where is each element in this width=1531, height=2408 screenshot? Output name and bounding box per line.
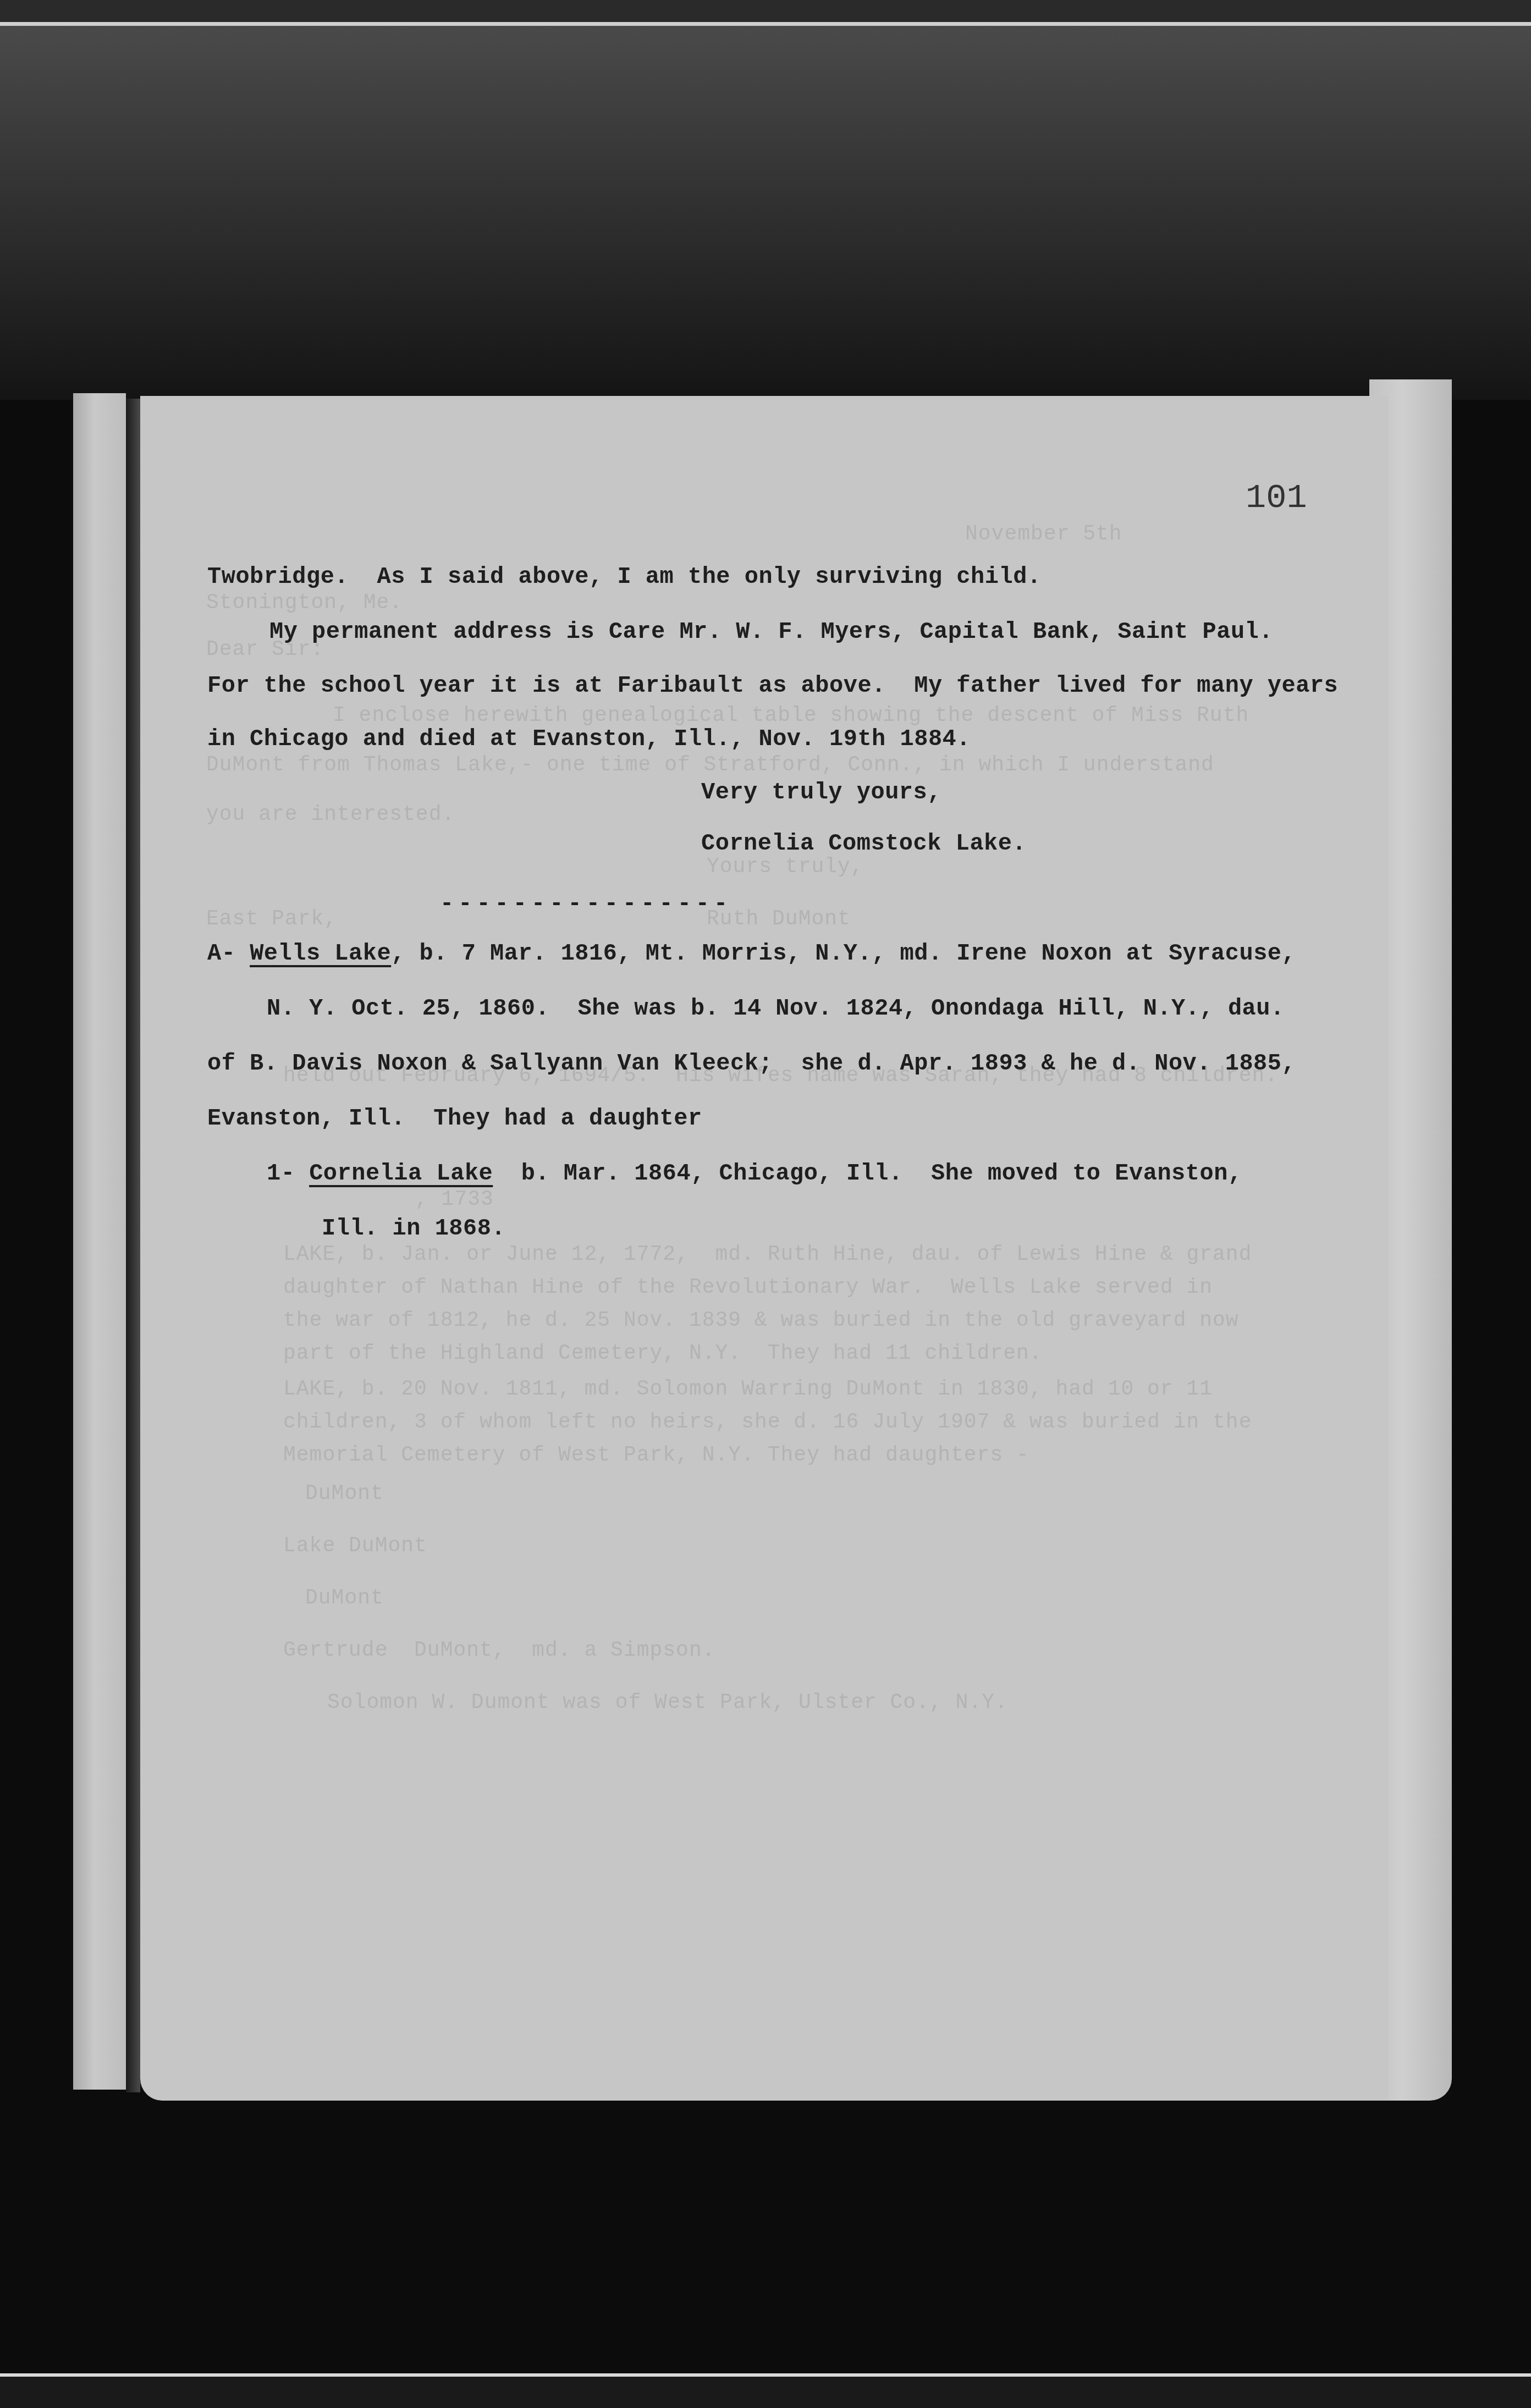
bleed-line: the war of 1812, he d. 25 Nov. 1839 & wa…: [283, 1309, 1239, 1332]
book-gutter: [126, 399, 140, 2092]
bleed-line: Solomon W. Dumont was of West Park, Ulst…: [327, 1691, 1008, 1715]
bleed-line: Lake DuMont: [283, 1534, 427, 1558]
letter-line-4: in Chicago and died at Evanston, Ill., N…: [207, 726, 971, 752]
bleed-line: I enclose herewith genealogical table sh…: [333, 704, 1249, 728]
entry-a-prefix: A-: [207, 940, 235, 967]
bleed-line: LAKE, b. 20 Nov. 1811, md. Solomon Warri…: [283, 1377, 1213, 1401]
microfilm-background: [0, 26, 1531, 400]
bleed-line: daughter of Nathan Hine of the Revolutio…: [283, 1276, 1213, 1299]
letter-line-1: Twobridge. As I said above, I am the onl…: [207, 564, 1042, 590]
entry-1-prefix: 1-: [267, 1160, 295, 1187]
entry-1-text: b. Mar. 1864, Chicago, Ill. She moved to…: [493, 1160, 1242, 1187]
entry-1-line-1: 1- Cornelia Lake b. Mar. 1864, Chicago, …: [267, 1160, 1242, 1187]
bleed-line: DuMont: [305, 1586, 384, 1610]
bleed-line: , 1733: [415, 1188, 494, 1211]
bleed-line: Stonington, Me.: [206, 591, 403, 615]
entry-a-line-4: Evanston, Ill. They had a daughter: [207, 1105, 702, 1132]
bleed-line: Yours truly,: [707, 855, 864, 879]
entry-1-name: Cornelia Lake: [309, 1160, 493, 1187]
entry-a-line-3: of B. Davis Noxon & Sallyann Van Kleeck;…: [207, 1050, 1296, 1077]
letter-closing: Very truly yours,: [701, 779, 941, 806]
page-number: 101: [1246, 478, 1307, 517]
entry-a-text: , b. 7 Mar. 1816, Mt. Morris, N.Y., md. …: [391, 940, 1296, 967]
section-separator: ----------------: [440, 891, 732, 917]
letter-line-2: My permanent address is Care Mr. W. F. M…: [269, 619, 1273, 645]
entry-1-line-2: Ill. in 1868.: [322, 1215, 505, 1242]
bleed-line: DuMont from Thomas Lake,- one time of St…: [206, 753, 1214, 777]
entry-a-line-2: N. Y. Oct. 25, 1860. She was b. 14 Nov. …: [267, 995, 1285, 1022]
bleed-line: Memorial Cemetery of West Park, N.Y. The…: [283, 1443, 1029, 1467]
film-bottom-band: [0, 2377, 1531, 2408]
letter-line-3: For the school year it is at Faribault a…: [207, 673, 1338, 699]
letter-signature: Cornelia Comstock Lake.: [701, 830, 1026, 857]
document-page: November 5th Stonington, Me. Dear Sir: I…: [140, 396, 1389, 2101]
bleed-line: part of the Highland Cemetery, N.Y. They…: [283, 1342, 1043, 1365]
bleed-line: you are interested.: [206, 803, 455, 826]
bleed-line: DuMont: [305, 1482, 384, 1506]
bleed-line: East Park,: [206, 907, 337, 931]
bleed-line: LAKE, b. Jan. or June 12, 1772, md. Ruth…: [283, 1243, 1252, 1266]
bleed-date: November 5th: [965, 522, 1122, 546]
entry-a-line-1: A- Wells Lake, b. 7 Mar. 1816, Mt. Morri…: [207, 940, 1296, 967]
entry-a-name: Wells Lake: [250, 940, 391, 967]
bleed-line: Gertrude DuMont, md. a Simpson.: [283, 1639, 715, 1662]
previous-page-edge: [73, 393, 126, 2090]
film-top-edge: [0, 22, 1531, 26]
film-top-band: [0, 0, 1531, 22]
bleed-line: children, 3 of whom left no heirs, she d…: [283, 1410, 1252, 1434]
